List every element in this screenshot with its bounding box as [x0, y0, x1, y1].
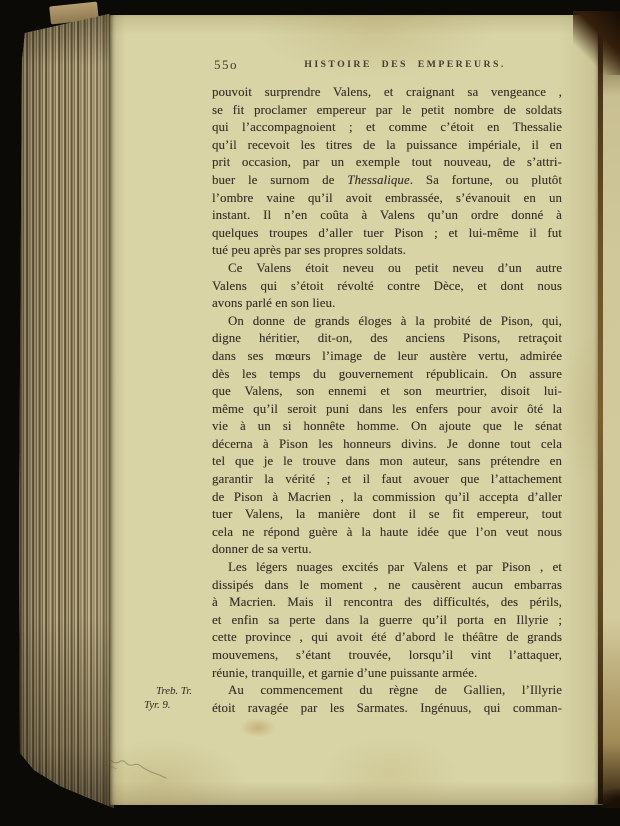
- book-scan: 55o HISTOIRE DES EMPEREURS. pouvoit surp…: [0, 0, 620, 826]
- text-line: vie à un si honnête homme. On ajoute que…: [212, 418, 562, 436]
- text-line: même qu’il seroit puni dans les enfers p…: [212, 401, 562, 419]
- text-line: donner de sa vertu.: [212, 541, 562, 559]
- margin-note-line-1: Treb. Tr.: [144, 685, 210, 699]
- text-line: de Pison à Macrien , la commission qu’il…: [212, 489, 562, 507]
- text-line: Valens qui s’étoit révolté contre Dèce, …: [212, 278, 562, 296]
- text-line: réunie, tranquille, et garnie d’une puis…: [212, 665, 562, 683]
- text-line: prit occasion, par un exemple tout nouve…: [212, 154, 562, 172]
- binding-shadow-bottom: [594, 788, 620, 808]
- text-line: buer le surnom de Thessalique. Sa fortun…: [212, 172, 562, 190]
- text-line: étoit ravagée par les Sarmates. Ingénuus…: [212, 700, 562, 718]
- pencil-inscription: [98, 750, 182, 784]
- book-fore-edge: [14, 10, 114, 810]
- text-line: Ce Valens étoit neveu ou petit neveu d’u…: [212, 260, 562, 278]
- text-line: dissipés dans le moment , ne causèrent a…: [212, 577, 562, 595]
- text-line: avons parlé en son lieu.: [212, 295, 562, 313]
- text-line: décerna à Pison les honneurs divins. Je …: [212, 436, 562, 454]
- text-line: dès les temps du gouvernement républicai…: [212, 366, 562, 384]
- italic-text: Thessalique: [347, 173, 409, 187]
- paper-page: 55o HISTOIRE DES EMPEREURS. pouvoit surp…: [110, 15, 620, 805]
- plain-text: buer le surnom de: [212, 173, 347, 187]
- text-line: Les légers nuages excités par Valens et …: [212, 559, 562, 577]
- text-line: qui l’accompagnoient ; et comme c’étoit …: [212, 119, 562, 137]
- text-line: dans ses mœurs l’image de leur austère v…: [212, 348, 562, 366]
- running-title: HISTOIRE DES EMPEREURS.: [212, 59, 562, 70]
- text-line: quelques troupes d’aller tuer Pison ; et…: [212, 225, 562, 243]
- text-line: pouvoit surprendre Valens, et craignant …: [212, 84, 562, 102]
- text-line: tuer Valens, la manière dont il se fit e…: [212, 506, 562, 524]
- plain-text: . Sa fortune, ou plutôt: [410, 173, 562, 187]
- text-line: instant. Il n’en coûta à Valens qu’un or…: [212, 207, 562, 225]
- text-line: cette province , qui avoit été d’abord l…: [212, 629, 562, 647]
- margin-note-line-2: Tyr. 9.: [144, 699, 210, 713]
- page-header: 55o HISTOIRE DES EMPEREURS.: [212, 57, 562, 75]
- text-line: et enfin sa perte dans la guerre qu’il p…: [212, 612, 562, 630]
- adjacent-page-edge: [603, 26, 620, 805]
- text-line: mouvemens, s’étant trouvée, lorsqu’il vi…: [212, 647, 562, 665]
- text-line: se fit proclamer empereur par le petit n…: [212, 102, 562, 120]
- text-line: qu’il recevoit les titres de la puissanc…: [212, 137, 562, 155]
- text-line: tué peu après par ses propres soldats.: [212, 242, 562, 260]
- text-line: l’ombre vaine qu’il avoit embrassée, s’é…: [212, 190, 562, 208]
- text-line: Au commencement du règne de Gallien, l’I…: [212, 682, 562, 700]
- text-line: à Macrien. Mais il rencontra des difficu…: [212, 594, 562, 612]
- margin-note: Treb. Tr. Tyr. 9.: [144, 685, 210, 713]
- text-line: tel que je le trouve dans mon auteur, sa…: [212, 453, 562, 471]
- text-line: garantir la vérité ; et il faut avouer q…: [212, 471, 562, 489]
- text-line: digne héritier, dit-on, des anciens Piso…: [212, 330, 562, 348]
- text-line: cela ne répond guère à la haute idée que…: [212, 524, 562, 542]
- text-line: On donne de grands éloges à la probité d…: [212, 313, 562, 331]
- text-line: que Valens, son ennemi et son meurtrier,…: [212, 383, 562, 401]
- binding-shadow-top: [573, 11, 620, 75]
- text-block: pouvoit surprendre Valens, et craignant …: [212, 84, 562, 717]
